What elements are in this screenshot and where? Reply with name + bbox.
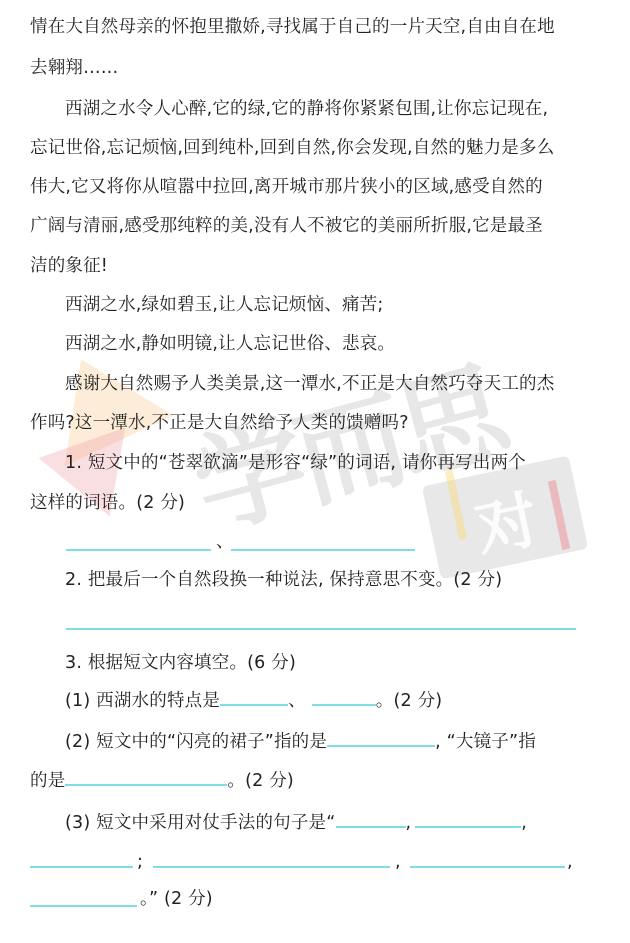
q3-sub1-blank-1[interactable] — [220, 690, 288, 706]
q3-sub1-blank-2[interactable] — [312, 690, 376, 706]
passage-line: 西湖之水令人心醉,它的绿,它的静将你紧紧包围,让你忘记现在, — [65, 97, 548, 121]
q3-sub2-blank-1[interactable] — [327, 731, 435, 747]
q3-sub3-blank-1[interactable] — [336, 812, 406, 828]
passage-line: 感谢大自然赐予人类美景,这一潭水,不正是大自然巧夺天工的杰 — [65, 372, 554, 396]
q3-sub3-comma2: , — [521, 813, 527, 833]
passage-line: 去翱翔…… — [30, 56, 119, 80]
q3-sub3-semicolon: ; — [137, 850, 143, 874]
q3-sub3-comma1: , — [406, 813, 412, 833]
q3-sub3-end: 。” (2 分) — [140, 887, 213, 911]
q3-sub3-prefix: (3) 短文中采用对仗手法的句子是“ — [65, 813, 336, 833]
watermark-bar-yellow — [445, 470, 467, 540]
q3-sub2-mid: , “大镜子”指 — [435, 732, 536, 752]
question-2-text: 2. 把最后一个自然段换一种说法, 保持意思不变。(2 分) — [65, 568, 502, 592]
q3-sub3: (3) 短文中采用对仗手法的句子是“,, — [65, 811, 527, 835]
q3-sub2-line2-suffix: 。(2 分) — [227, 771, 294, 791]
passage-line: 伟大,它又将你从喧嚣中拉回,离开城市那片狭小的区域,感受自然的 — [30, 175, 543, 199]
question-3-title: 3. 根据短文内容填空。(6 分) — [65, 651, 296, 675]
q3-sub1-sep: 、 — [288, 691, 306, 711]
q3-sub1-prefix: (1) 西湖水的特点是 — [65, 691, 220, 711]
watermark-badge-text: 对 — [466, 470, 545, 570]
q3-sub3-blank-5[interactable] — [410, 866, 565, 868]
q1-answer-blank-2[interactable] — [231, 549, 415, 551]
q3-sub2-prefix: (2) 短文中的“闪亮的裙子”指的是 — [65, 732, 327, 752]
q3-sub3-comma3: , — [395, 850, 401, 874]
q3-sub3-blank-3[interactable] — [30, 866, 133, 868]
question-1-text: 1. 短文中的“苍翠欲滴”是形容“绿”的词语, 请你再写出两个 — [65, 451, 526, 475]
q3-sub3-blank-2[interactable] — [415, 812, 521, 828]
q3-sub2-blank-2[interactable] — [65, 770, 227, 786]
passage-line: 作吗?这一潭水,不正是大自然给予人类的馈赠吗? — [30, 411, 409, 435]
q3-sub2-cont: 的是。(2 分) — [30, 769, 294, 793]
passage-line: 广阔与清丽,感受那纯粹的美,没有人不被它的美丽所折服,它是最圣 — [30, 214, 543, 238]
q3-sub2-line2-prefix: 的是 — [30, 771, 65, 791]
q1-answer-blank-1[interactable] — [66, 549, 211, 551]
q3-sub3-comma4: , — [567, 850, 573, 874]
passage-line: 西湖之水,静如明镜,让人忘记世俗、悲哀。 — [65, 332, 395, 356]
passage-line: 西湖之水,绿如碧玉,让人忘记烦恼、痛苦; — [65, 293, 384, 317]
q2-answer-blank[interactable] — [66, 628, 576, 630]
watermark-brand-text: 学而思 — [175, 324, 517, 557]
q3-sub3-blank-6[interactable] — [30, 905, 137, 907]
watermark-bar-red — [548, 480, 570, 550]
passage-line: 忘记世俗,忘记烦恼,回到纯朴,回到自然,你会发现,自然的魅力是多么 — [30, 136, 554, 160]
passage-line: 情在大自然母亲的怀抱里撒娇,寻找属于自己的一片天空,自由自在地 — [30, 15, 555, 39]
q3-sub1-suffix: 。(2 分) — [376, 691, 443, 711]
q3-sub3-blank-4[interactable] — [153, 866, 390, 868]
passage-line: 洁的象征! — [30, 254, 108, 278]
question-1-text-cont: 这样的词语。(2 分) — [30, 491, 185, 515]
q3-sub1: (1) 西湖水的特点是、。(2 分) — [65, 689, 442, 713]
q3-sub2: (2) 短文中的“闪亮的裙子”指的是, “大镜子”指 — [65, 730, 536, 754]
